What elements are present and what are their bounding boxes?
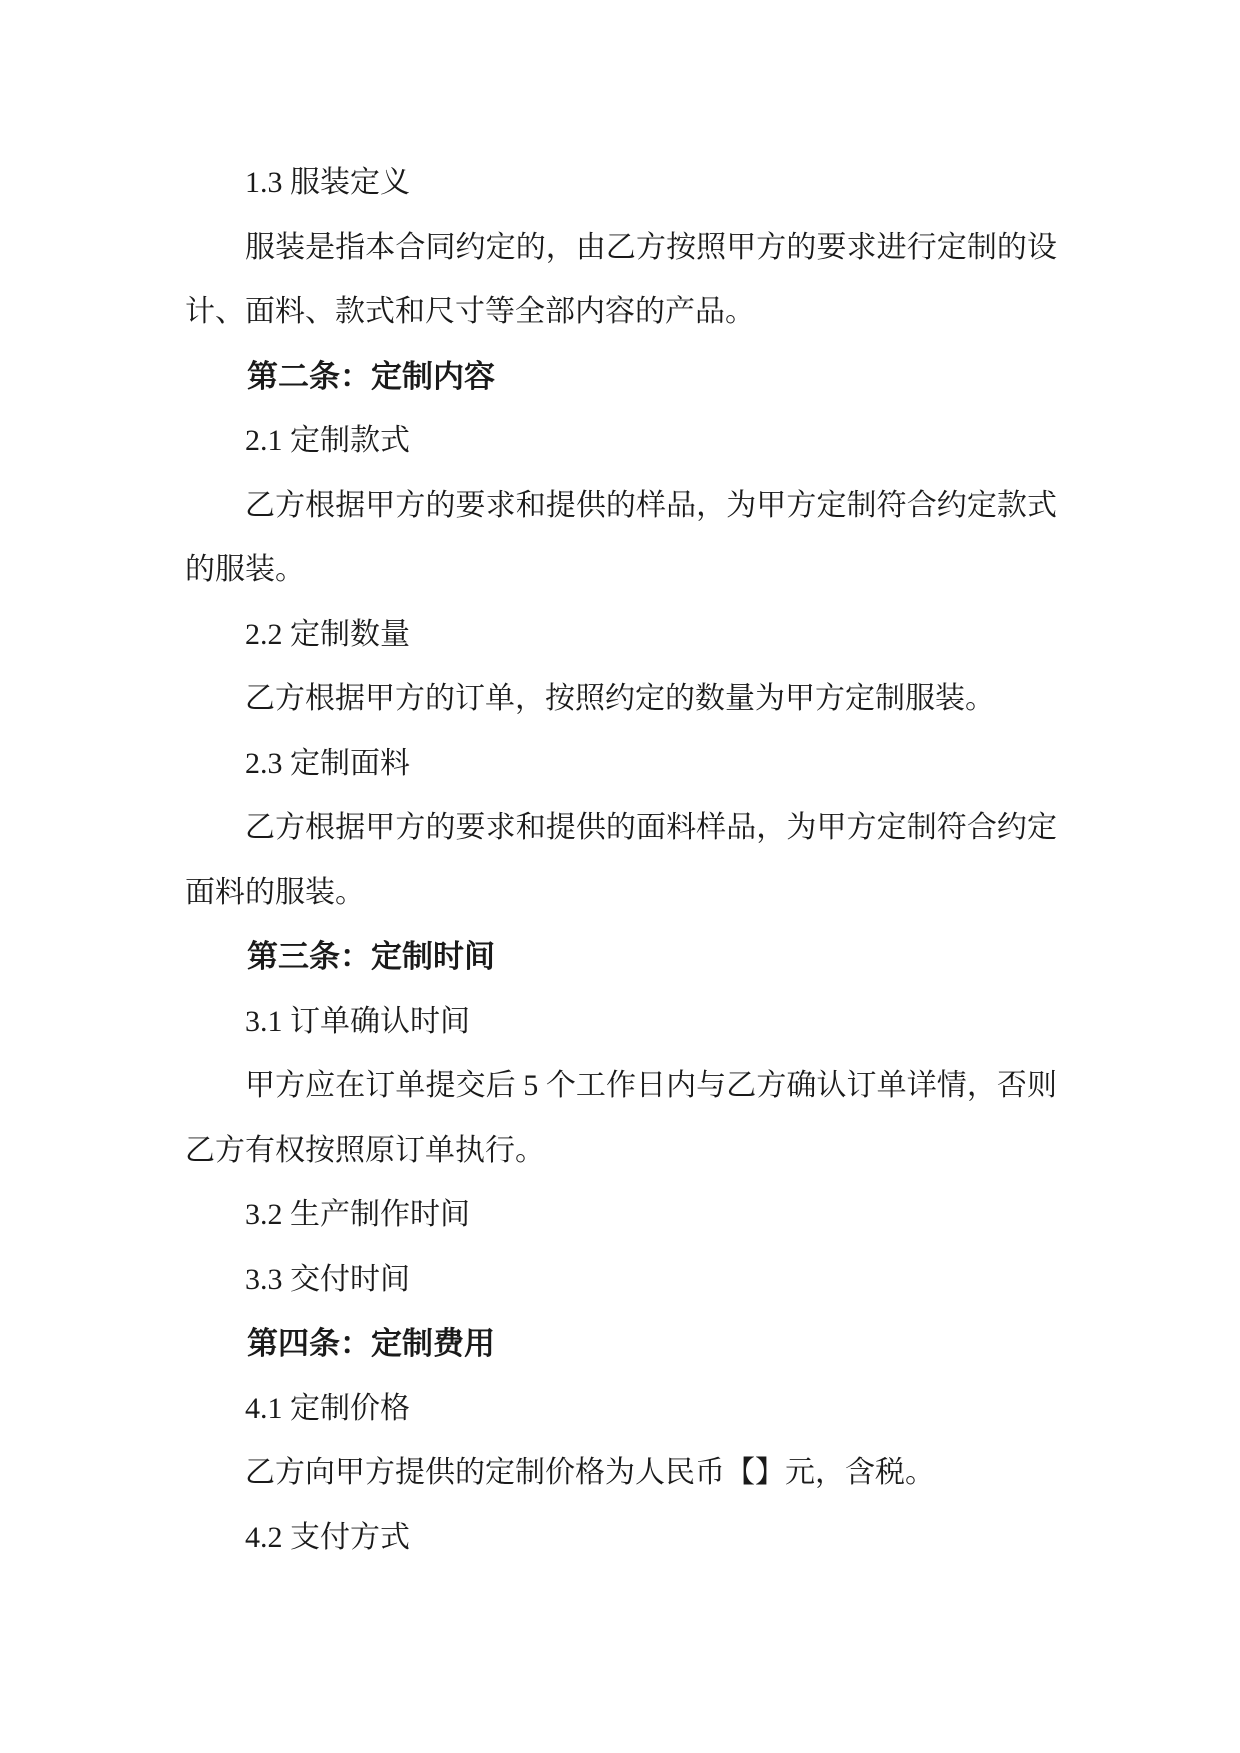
clause-item: 4.2 支付方式 <box>185 1506 1057 1571</box>
body-paragraph: 甲方应在订单提交后 5 个工作日内与乙方确认订单详情，否则乙方有权按照原订单执行… <box>185 1054 1057 1183</box>
article-heading: 第二条：定制内容 <box>185 345 1057 410</box>
body-paragraph: 乙方向甲方提供的定制价格为人民币【】元，含税。 <box>185 1441 1057 1506</box>
body-paragraph: 乙方根据甲方的订单，按照约定的数量为甲方定制服装。 <box>185 667 1057 732</box>
body-paragraph: 乙方根据甲方的要求和提供的面料样品，为甲方定制符合约定面料的服装。 <box>185 796 1057 925</box>
document-body: 1.3 服装定义 服装是指本合同约定的，由乙方按照甲方的要求进行定制的设计、面料… <box>185 151 1057 1570</box>
clause-item: 3.3 交付时间 <box>185 1248 1057 1313</box>
body-paragraph: 乙方根据甲方的要求和提供的样品，为甲方定制符合约定款式的服装。 <box>185 474 1057 603</box>
clause-item: 3.1 订单确认时间 <box>185 990 1057 1055</box>
clause-item: 3.2 生产制作时间 <box>185 1183 1057 1248</box>
clause-item: 2.1 定制款式 <box>185 409 1057 474</box>
clause-item: 4.1 定制价格 <box>185 1377 1057 1442</box>
clause-item: 2.3 定制面料 <box>185 732 1057 797</box>
body-paragraph: 服装是指本合同约定的，由乙方按照甲方的要求进行定制的设计、面料、款式和尺寸等全部… <box>185 216 1057 345</box>
clause-item: 1.3 服装定义 <box>185 151 1057 216</box>
clause-item: 2.2 定制数量 <box>185 603 1057 668</box>
contract-page: 1.3 服装定义 服装是指本合同约定的，由乙方按照甲方的要求进行定制的设计、面料… <box>0 0 1240 1753</box>
article-heading: 第四条：定制费用 <box>185 1312 1057 1377</box>
article-heading: 第三条：定制时间 <box>185 925 1057 990</box>
